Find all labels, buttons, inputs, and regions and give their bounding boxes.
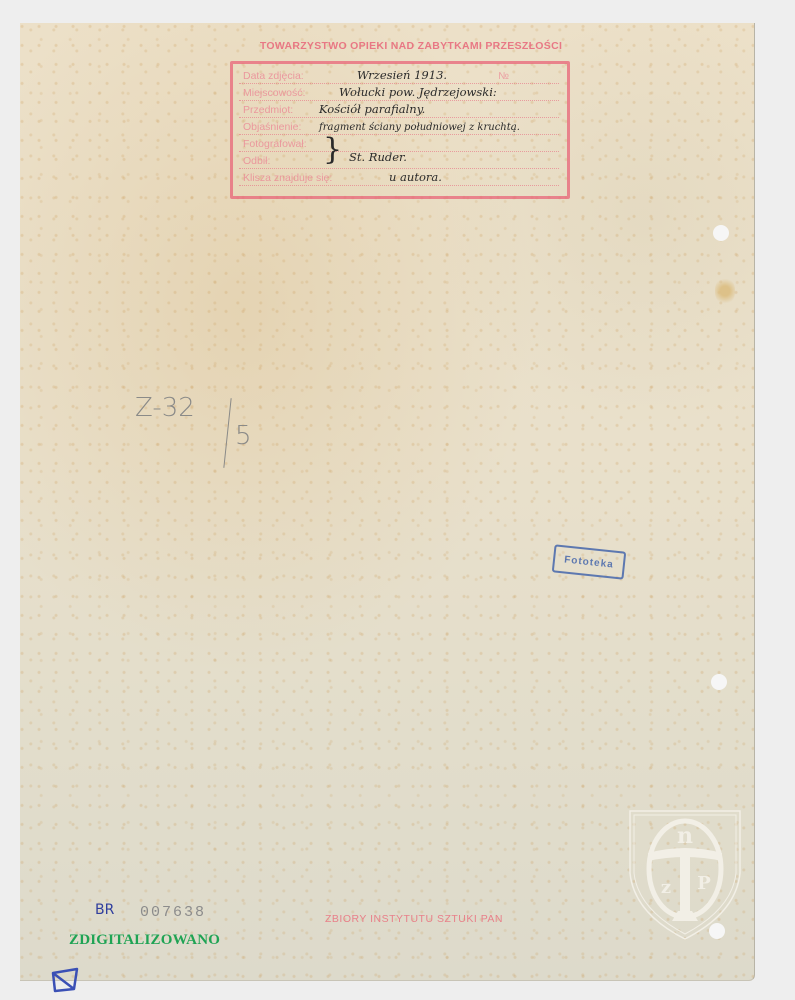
inventory-number: 007638 xyxy=(140,904,206,921)
stamp-label: Fotografował: xyxy=(243,138,307,150)
handwritten-value: Wołucki pow. Jędrzejowski: xyxy=(339,85,497,99)
stamp-row-subject: Przedmiot: Kościół parafialny. xyxy=(239,100,559,118)
stamp-label: Data zdjęcia: xyxy=(243,70,304,82)
fototeka-label: Fototeka xyxy=(564,554,615,570)
svg-text:P: P xyxy=(697,873,711,894)
pencil-divider-line xyxy=(223,398,231,468)
stamp-row-negative: Klisza znajduje się: u autora. xyxy=(239,168,559,186)
stamp-label: Przedmiot: xyxy=(243,104,293,116)
fototeka-stamp: Fototeka xyxy=(552,544,627,579)
handwritten-value: u autora. xyxy=(389,170,442,184)
binder-hole xyxy=(711,674,727,690)
svg-text:n: n xyxy=(677,823,693,849)
stamp-row-description: Objaśnienie: fragment ściany południowej… xyxy=(239,117,559,135)
glue-stain xyxy=(715,278,735,304)
blue-marker-check-icon xyxy=(50,966,82,996)
collection-stamp: ZBIORY INSTYTUTU SZTUKI PAN xyxy=(325,913,503,925)
digitized-stamp: ZDIGITALIZOWANO xyxy=(69,932,220,949)
photo-verso-paper: TOWARZYSTWO OPIEKI NAD ZABYTKAMI PRZESZŁ… xyxy=(20,23,755,981)
brace-mark: } xyxy=(323,135,342,165)
pencil-number: 5 xyxy=(235,421,252,451)
handwritten-value: Wrzesień 1913. xyxy=(357,68,447,82)
inventory-prefix: BR xyxy=(95,902,114,918)
stamp-row-date: Data zdjęcia: Wrzesień 1913. № xyxy=(239,66,559,84)
pencil-signature: Z-32 xyxy=(135,393,195,423)
stamp-label: Odbił: xyxy=(243,155,270,167)
handwritten-value: Kościół parafialny. xyxy=(319,102,425,116)
svg-text:z: z xyxy=(661,877,671,898)
binder-hole xyxy=(713,225,729,241)
ispan-watermark-icon: n z P xyxy=(626,803,744,943)
society-stamp-title: TOWARZYSTWO OPIEKI NAD ZABYTKAMI PRZESZŁ… xyxy=(233,40,589,52)
handwritten-value: fragment ściany południowej z kruchtą. xyxy=(319,122,520,133)
stamp-row-printed: Odbił: St. Ruder. xyxy=(239,151,559,169)
stamp-label: Klisza znajduje się: xyxy=(243,172,332,184)
stamp-number-label: № xyxy=(498,71,509,82)
stamp-row-place: Miejscowość: Wołucki pow. Jędrzejowski: xyxy=(239,83,559,101)
society-stamp-box: Data zdjęcia: Wrzesień 1913. № Miejscowo… xyxy=(230,61,570,199)
stamp-label: Miejscowość: xyxy=(243,87,305,99)
stamp-label: Objaśnienie: xyxy=(243,121,301,133)
handwritten-value: St. Ruder. xyxy=(349,150,407,164)
